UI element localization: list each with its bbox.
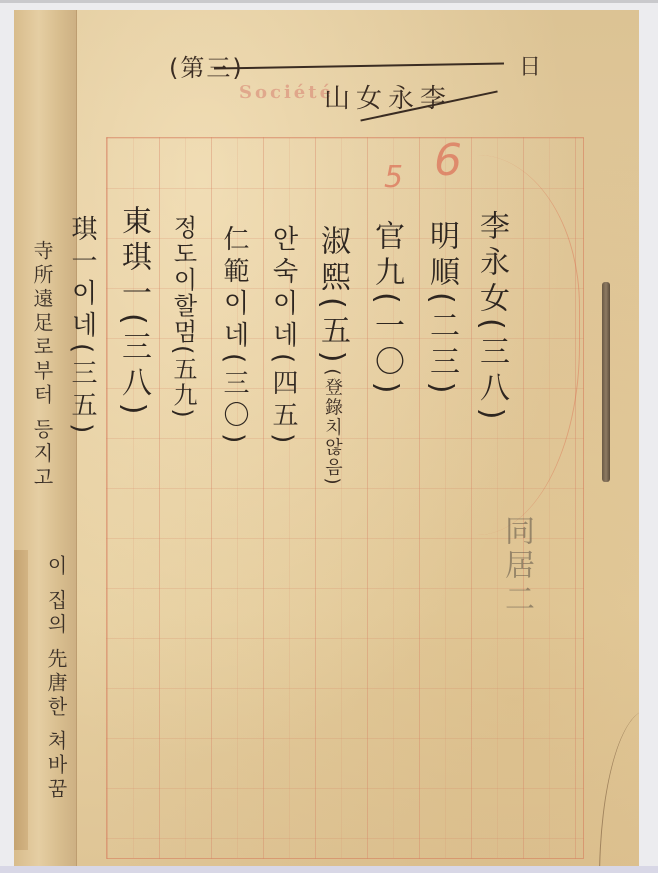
entry-9: 琪一이네(三五) — [69, 215, 95, 439]
entry-name: 안숙이네 — [268, 225, 298, 353]
entry-name: 정도이할멈 — [169, 215, 197, 345]
crossed-mark: 日 — [519, 50, 543, 81]
entry-age: (五) — [315, 297, 350, 368]
entry-name: 仁範이네 — [219, 225, 249, 353]
entry-age: (三八) — [474, 318, 509, 425]
entry-age: (二三) — [424, 292, 459, 399]
viewer-top-border — [0, 0, 658, 3]
side-note-lower: 이 집의 先唐한 쳐바꿈 — [42, 555, 71, 802]
entry-name: 淑熙 — [315, 225, 350, 297]
binding-string — [602, 282, 610, 482]
side-note-upper: 寺所遠足로부터 등지고 — [28, 240, 57, 490]
strikethrough-line — [214, 62, 504, 69]
entry-2: 明順(二三) — [426, 220, 456, 399]
crossed-out-title: 山女永李 — [324, 78, 452, 115]
entry-name: 李永女 — [474, 210, 509, 318]
faded-stamp: Société — [239, 82, 334, 103]
red-annotation-5: 5 — [384, 160, 403, 195]
entry-4: 淑熙(五)(登錄치않음) — [317, 225, 347, 486]
entry-7: 정도이할멈(五九) — [171, 215, 195, 420]
entry-1: 李永女(三八) — [476, 210, 506, 425]
entry-age: (四五) — [268, 353, 298, 449]
entry-3: 官九(一〇) — [371, 220, 401, 399]
paper-edge-curve — [599, 710, 639, 867]
entry-name: 官九 — [369, 220, 404, 292]
entry-age: (三八) — [116, 313, 151, 420]
pencil-note: 同居二 — [494, 515, 538, 617]
entry-6: 仁範이네(三〇) — [221, 225, 247, 449]
bracket-note: (第三) — [169, 48, 244, 83]
entry-name: 東琪一 — [116, 205, 151, 313]
entry-8: 東琪一(三八) — [118, 205, 148, 420]
entry-age: (五九) — [169, 345, 197, 420]
entry-age: (一〇) — [369, 292, 404, 399]
entry-5: 안숙이네(四五) — [270, 225, 296, 449]
entry-name: 明順 — [424, 220, 459, 292]
viewer-bottom-bar — [0, 866, 658, 873]
entry-note: (登錄치않음) — [322, 368, 343, 486]
entry-age: (三五) — [67, 343, 97, 439]
document-page: Société (第三) 山女永李 日 5 6 李永女(三八) 明順(二三) 官… — [14, 10, 639, 867]
entry-name: 琪一이네 — [67, 215, 97, 343]
entry-age: (三〇) — [219, 353, 249, 449]
red-annotation-6: 6 — [434, 135, 462, 186]
